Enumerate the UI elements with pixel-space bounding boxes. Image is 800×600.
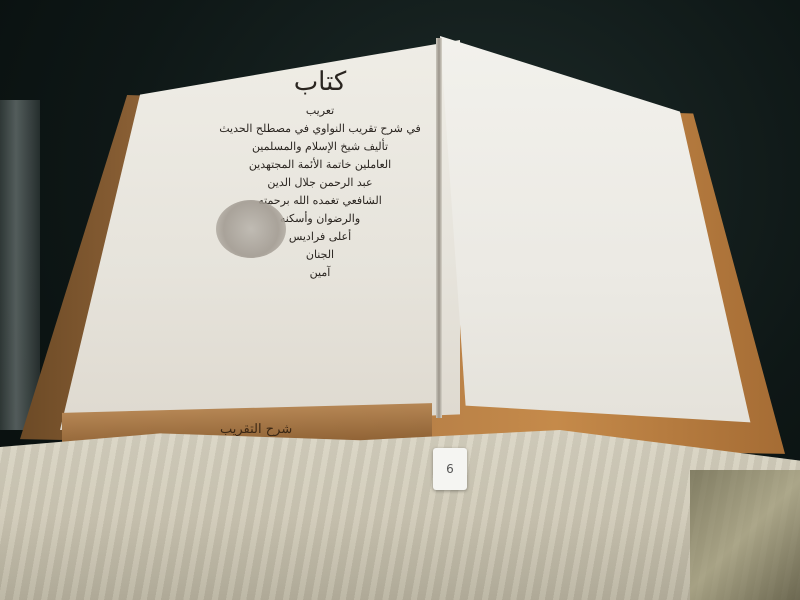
manuscript-line: عبد الرحمن جلال الدين [205, 174, 435, 192]
book-gutter [436, 38, 442, 418]
manuscript-subtitle: تعريب [205, 102, 435, 120]
embroidered-fabric [690, 470, 800, 600]
manuscript-line: في شرح تقريب النواوي في مصطلح الحديث [205, 120, 435, 138]
seal-stamp-icon [216, 200, 286, 258]
manuscript-title: كتاب [205, 62, 435, 102]
draped-cloth [0, 430, 800, 600]
spine-inscription: شرح التقريب [220, 422, 292, 437]
manuscript-line: آمين [205, 264, 435, 282]
exhibit-number-label: 6 [433, 448, 467, 490]
manuscript-line: العاملين خاتمة الأئمة المجتهدين [205, 156, 435, 174]
photo-scene: كتاب تعريب في شرح تقريب النواوي في مصطلح… [0, 0, 800, 600]
manuscript-line: تأليف شيخ الإسلام والمسلمين [205, 138, 435, 156]
display-stand [0, 100, 40, 430]
